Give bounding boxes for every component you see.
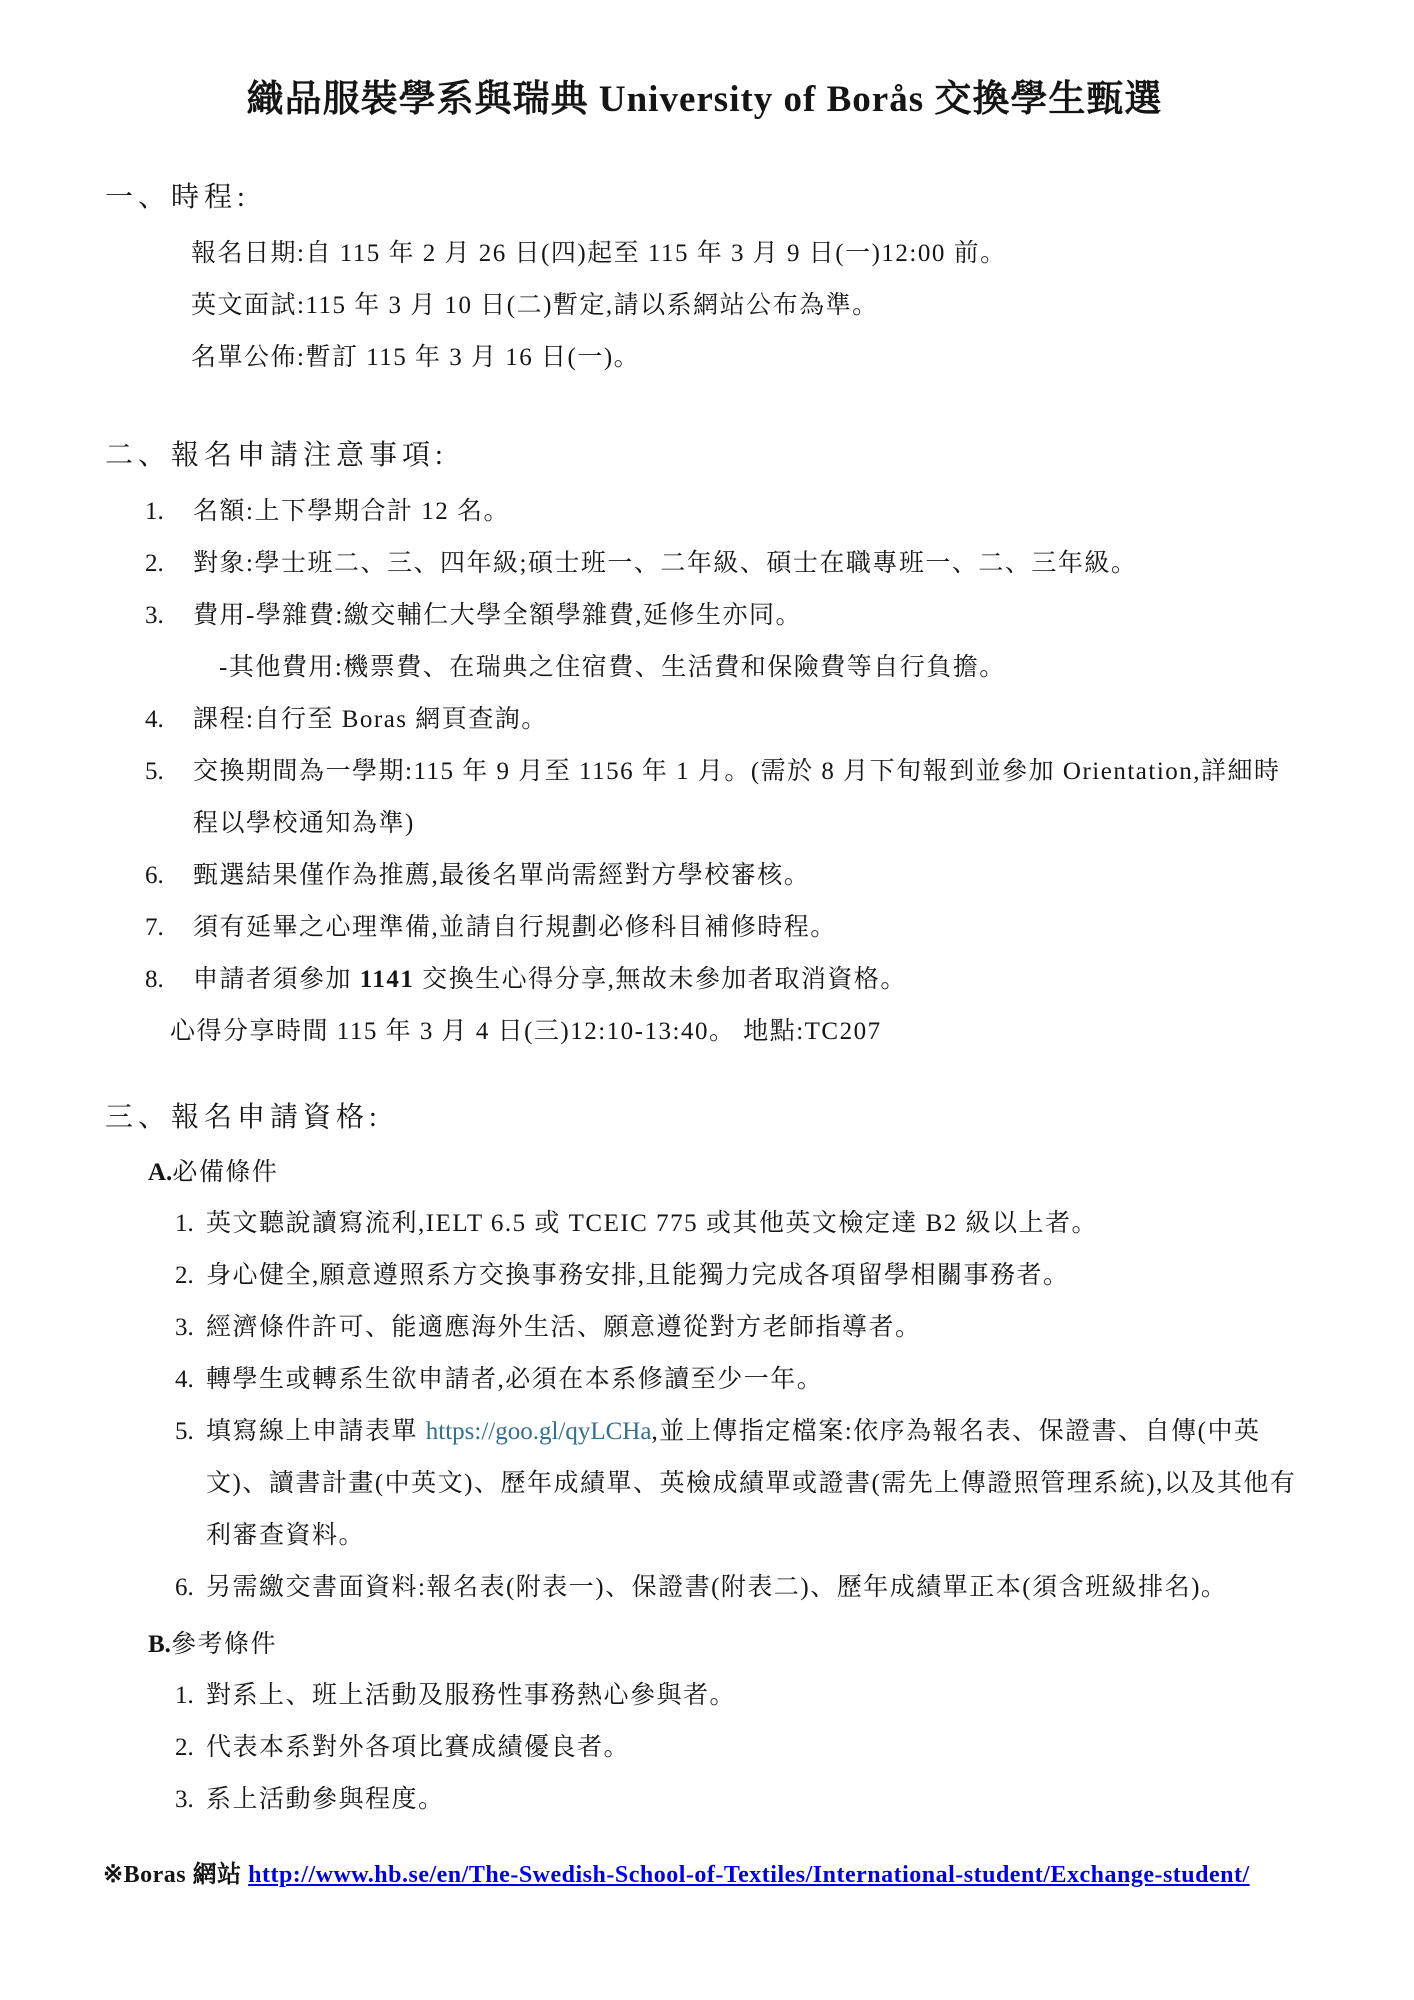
boras-website-link[interactable]: http://www.hb.se/en/The-Swedish-School-o…	[248, 1862, 1250, 1888]
item-number: 3.	[175, 1774, 206, 1826]
section-qualifications: 三、報名申請資格: A.必備條件 1. 英文聽說讀寫流利,IELT 6.5 或 …	[105, 1098, 1304, 1826]
notes-list: 1. 名額:上下學期合計 12 名。 2. 對象:學士班二、三、四年級;碩士班一…	[145, 486, 1304, 1058]
section-qualifications-heading: 三、報名申請資格:	[105, 1098, 1304, 1138]
list-item: 4. 課程:自行至 Boras 網頁查詢。	[145, 694, 1304, 746]
item-number: 3.	[145, 590, 193, 642]
fee-other-line: -其他費用:機票費、在瑞典之住宿費、生活費和保險費等自行負擔。	[193, 642, 1304, 694]
item-number: 7.	[145, 902, 193, 954]
item-number: 2.	[175, 1722, 206, 1774]
list-item: 6. 另需繳交書面資料:報名表(附表一)、保證書(附表二)、歷年成績單正本(須含…	[175, 1562, 1304, 1614]
item-text: 須有延畢之心理準備,並請自行規劃必修科目補修時程。	[193, 902, 1304, 954]
reference-marker: ※	[103, 1862, 124, 1888]
item-text: 課程:自行至 Boras 網頁查詢。	[193, 694, 1304, 746]
group-b-label: B.參考條件	[148, 1620, 1304, 1670]
group-a-label: A.必備條件	[148, 1148, 1304, 1198]
list-item: 2. 對象:學士班二、三、四年級;碩士班一、二年級、碩士在職專班一、二、三年級。	[145, 538, 1304, 590]
page-title: 織品服裝學系與瑞典 University of Borås 交換學生甄選	[105, 68, 1304, 122]
list-item: 3. 費用-學雜費:繳交輔仁大學全額學雜費,延修生亦同。 -其他費用:機票費、在…	[145, 590, 1304, 694]
list-item: 5. 交換期間為一學期:115 年 9 月至 1156 年 1 月。(需於 8 …	[145, 746, 1304, 850]
group-a-letter: A.	[148, 1159, 172, 1186]
item-number: 1.	[175, 1198, 206, 1250]
list-item: 3. 系上活動參與程度。	[175, 1774, 1304, 1826]
footer-website-line: ※Boras 網站 http://www.hb.se/en/The-Swedis…	[103, 1854, 1304, 1889]
item-text-prefix: 填寫線上申請表單	[206, 1418, 426, 1445]
item-number: 4.	[145, 694, 193, 746]
schedule-line-interview: 英文面試:115 年 3 月 10 日(二)暫定,請以系網站公布為準。	[191, 280, 1304, 332]
item-number: 5.	[145, 746, 193, 798]
list-item: 5. 填寫線上申請表單 https://goo.gl/qyLCHa,並上傳指定檔…	[175, 1406, 1304, 1562]
item-text-suffix: 交換生心得分享,無故未參加者取消資格。	[414, 966, 907, 993]
list-item: 1. 英文聽說讀寫流利,IELT 6.5 或 TCEIC 775 或其他英文檢定…	[175, 1198, 1304, 1250]
item-number: 3.	[175, 1302, 206, 1354]
item-number: 4.	[175, 1354, 206, 1406]
list-item: 8. 申請者須參加 1141 交換生心得分享,無故未參加者取消資格。	[145, 954, 1304, 1006]
item-text: 身心健全,願意遵照系方交換事務安排,且能獨力完成各項留學相關事務者。	[206, 1250, 1304, 1302]
list-item: 2. 代表本系對外各項比賽成績優良者。	[175, 1722, 1304, 1774]
item-text: 甄選結果僅作為推薦,最後名單尚需經對方學校審核。	[193, 850, 1304, 902]
schedule-line-registration: 報名日期:自 115 年 2 月 26 日(四)起至 115 年 3 月 9 日…	[191, 228, 1304, 280]
item-text: 對象:學士班二、三、四年級;碩士班一、二年級、碩士在職專班一、二、三年級。	[193, 538, 1304, 590]
item-number: 2.	[145, 538, 193, 590]
item-text: 代表本系對外各項比賽成績優良者。	[206, 1722, 1304, 1774]
semester-code: 1141	[360, 966, 415, 993]
item-number: 6.	[175, 1562, 206, 1614]
fee-tuition-line: 費用-學雜費:繳交輔仁大學全額學雜費,延修生亦同。	[193, 590, 1304, 642]
item-text-prefix: 申請者須參加	[193, 966, 360, 993]
group-b-title: 參考條件	[171, 1631, 277, 1658]
item-text: 系上活動參與程度。	[206, 1774, 1304, 1826]
document-page: 織品服裝學系與瑞典 University of Borås 交換學生甄選 一、時…	[0, 0, 1414, 2000]
group-a-list: 1. 英文聽說讀寫流利,IELT 6.5 或 TCEIC 775 或其他英文檢定…	[175, 1198, 1304, 1614]
list-item: 1. 名額:上下學期合計 12 名。	[145, 486, 1304, 538]
section-application-notes: 二、報名申請注意事項: 1. 名額:上下學期合計 12 名。 2. 對象:學士班…	[105, 436, 1304, 1058]
list-item: 3. 經濟條件許可、能適應海外生活、願意遵從對方老師指導者。	[175, 1302, 1304, 1354]
list-item: 4. 轉學生或轉系生欲申請者,必須在本系修讀至少一年。	[175, 1354, 1304, 1406]
group-a-title: 必備條件	[172, 1159, 278, 1186]
item-text: 轉學生或轉系生欲申請者,必須在本系修讀至少一年。	[206, 1354, 1304, 1406]
item-text: 申請者須參加 1141 交換生心得分享,無故未參加者取消資格。	[193, 954, 1304, 1006]
section-notes-heading: 二、報名申請注意事項:	[105, 436, 1304, 476]
list-item: 6. 甄選結果僅作為推薦,最後名單尚需經對方學校審核。	[145, 850, 1304, 902]
item-text: 對系上、班上活動及服務性事務熱心參與者。	[206, 1670, 1304, 1722]
item-number: 2.	[175, 1250, 206, 1302]
item-number: 1.	[145, 486, 193, 538]
item-number: 8.	[145, 954, 193, 1006]
list-item: 1. 對系上、班上活動及服務性事務熱心參與者。	[175, 1670, 1304, 1722]
item-text: 填寫線上申請表單 https://goo.gl/qyLCHa,並上傳指定檔案:依…	[206, 1406, 1304, 1562]
footer-label: Boras 網站	[124, 1862, 249, 1888]
schedule-line-announcement: 名單公佈:暫訂 115 年 3 月 16 日(一)。	[191, 332, 1304, 384]
list-item: 2. 身心健全,願意遵照系方交換事務安排,且能獨力完成各項留學相關事務者。	[175, 1250, 1304, 1302]
application-form-link[interactable]: https://goo.gl/qyLCHa	[426, 1418, 652, 1445]
item-text: 交換期間為一學期:115 年 9 月至 1156 年 1 月。(需於 8 月下旬…	[193, 746, 1304, 850]
item-number: 6.	[145, 850, 193, 902]
item-text: 英文聽說讀寫流利,IELT 6.5 或 TCEIC 775 或其他英文檢定達 B…	[206, 1198, 1304, 1250]
list-item: 7. 須有延畢之心理準備,並請自行規劃必修科目補修時程。	[145, 902, 1304, 954]
group-b-letter: B.	[148, 1631, 171, 1658]
item-number: 1.	[175, 1670, 206, 1722]
item-text: 經濟條件許可、能適應海外生活、願意遵從對方老師指導者。	[206, 1302, 1304, 1354]
section-schedule: 一、時程: 報名日期:自 115 年 2 月 26 日(四)起至 115 年 3…	[105, 178, 1304, 384]
item-text: 名額:上下學期合計 12 名。	[193, 486, 1304, 538]
item-text: 費用-學雜費:繳交輔仁大學全額學雜費,延修生亦同。 -其他費用:機票費、在瑞典之…	[193, 590, 1304, 694]
section-schedule-heading: 一、時程:	[105, 178, 1304, 218]
item-number: 5.	[175, 1406, 206, 1458]
item-text: 另需繳交書面資料:報名表(附表一)、保證書(附表二)、歷年成績單正本(須含班級排…	[206, 1562, 1304, 1614]
group-b-list: 1. 對系上、班上活動及服務性事務熱心參與者。 2. 代表本系對外各項比賽成績優…	[175, 1670, 1304, 1826]
sharing-session-line: 心得分享時間 115 年 3 月 4 日(三)12:10-13:40。 地點:T…	[170, 1006, 1304, 1058]
